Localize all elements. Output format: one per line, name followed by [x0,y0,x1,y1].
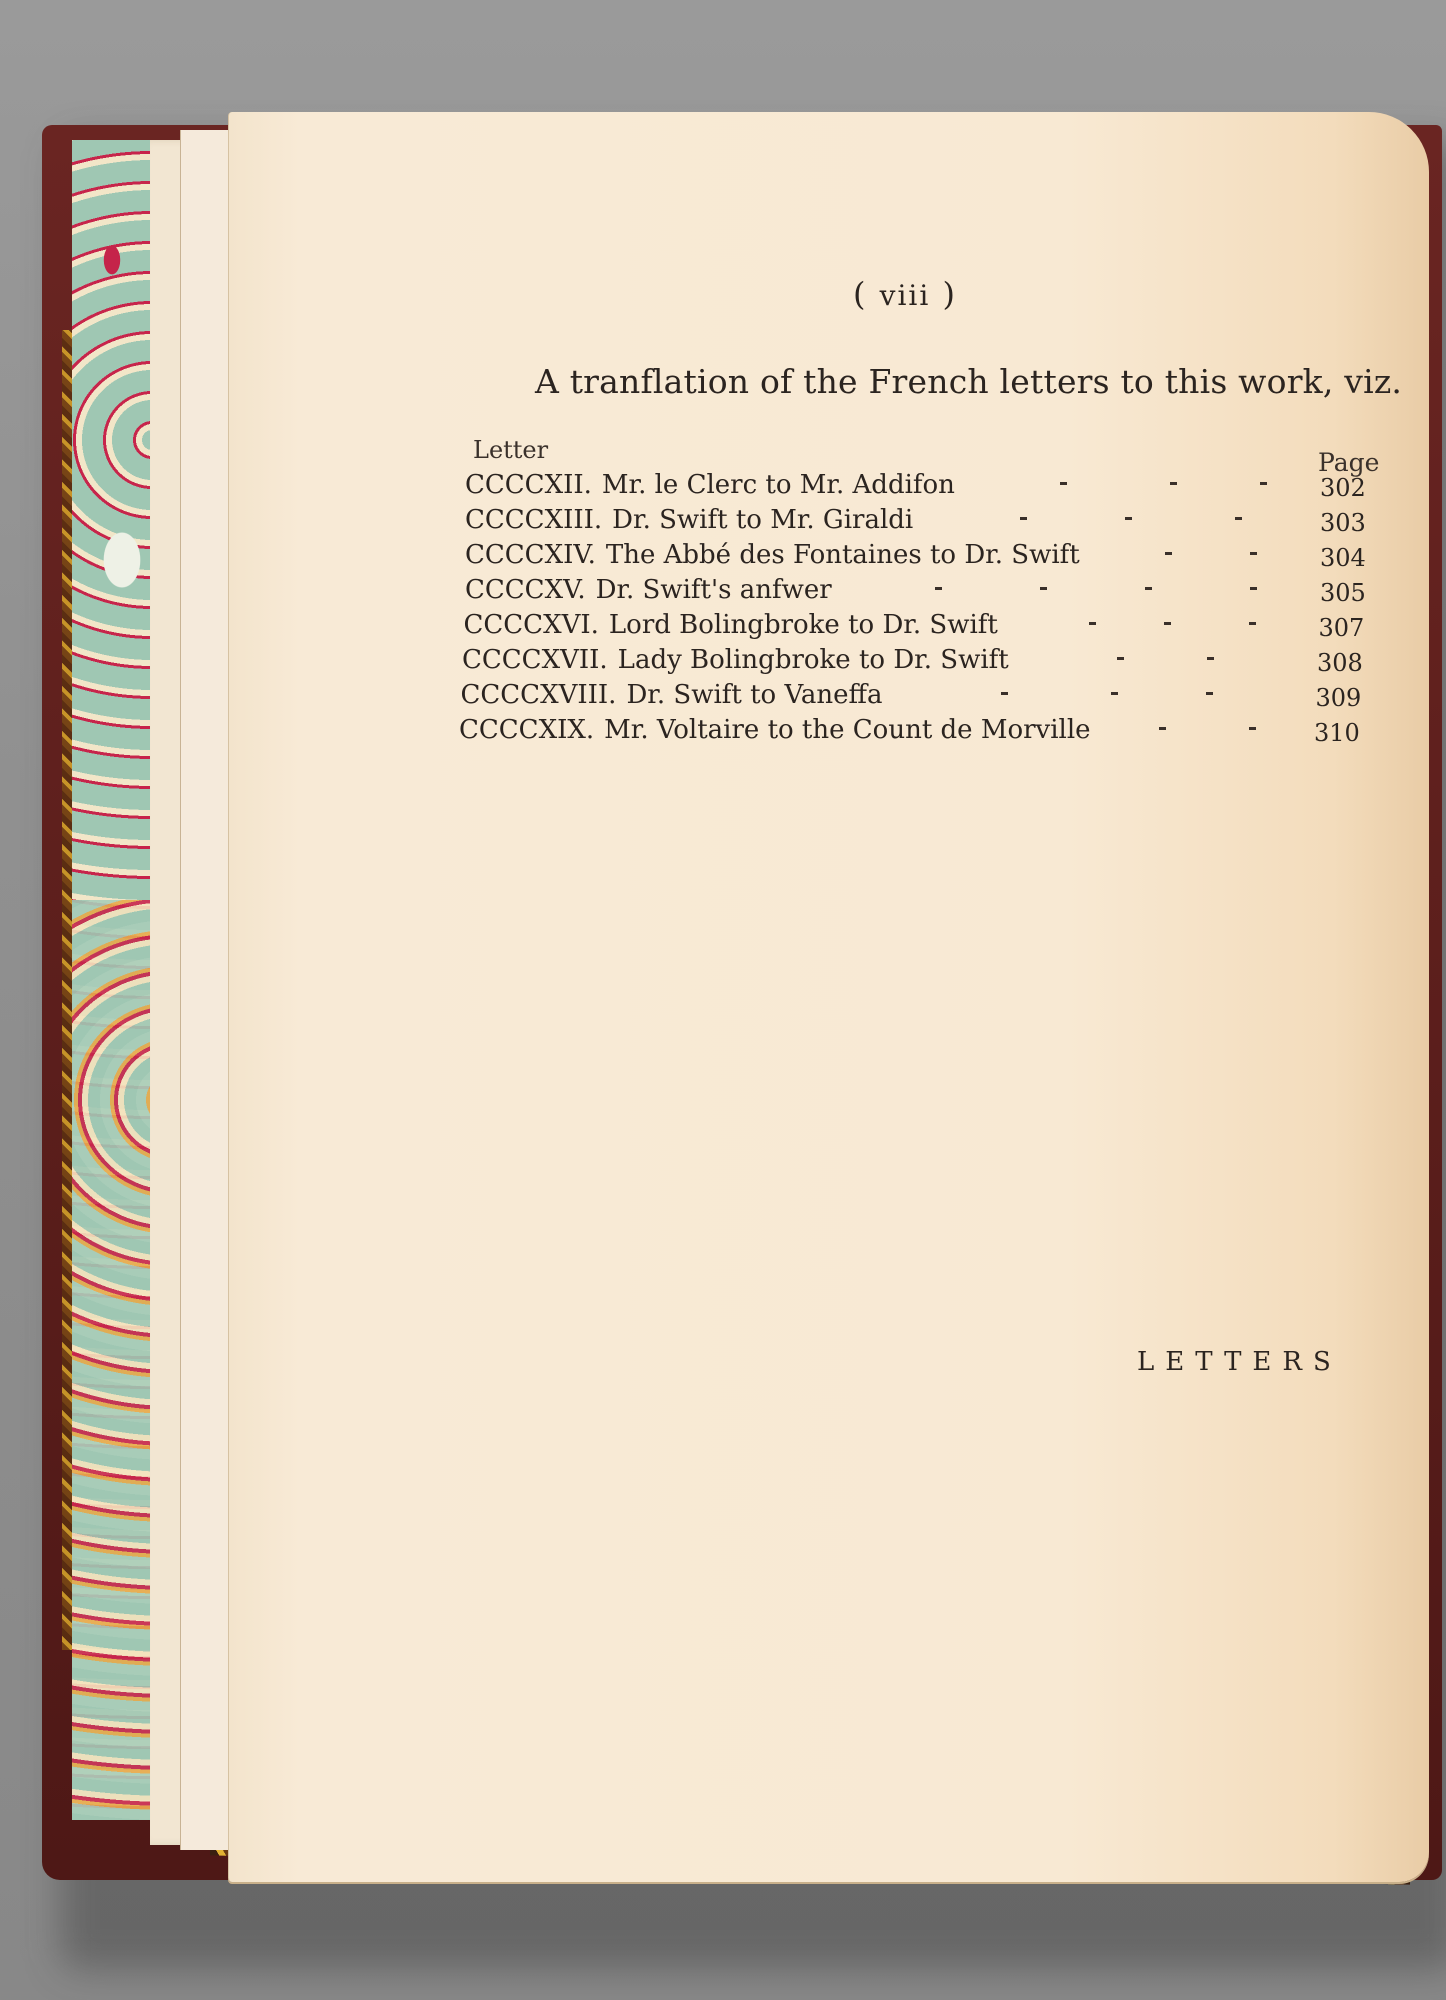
leader-dash [1159,727,1166,730]
marbled-endpaper-lower [72,900,162,1820]
leader-dash [1206,692,1213,695]
list-item: CCCCXII.Mr. le Clerc to Mr. Addifon302 [465,470,1365,505]
leader-dash [1089,622,1096,625]
leader-dash [1207,657,1214,660]
letter-number: CCCCXIV. [465,540,596,570]
catchword: LETTERS [1137,1347,1342,1377]
list-item: CCCCXVII.Lady Bolingbroke to Dr. Swift30… [462,645,1362,680]
leader-dash [935,587,942,590]
page-number: ( viii ) [853,275,957,313]
leader-dash [1250,587,1257,590]
letter-number: CCCCXVI. [464,610,599,640]
letter-number: CCCCXVIII. [461,680,617,710]
letter-description: Mr. Voltaire to the Count de Morville [604,715,1090,745]
leader-dash [1001,692,1008,695]
leader-dash [1260,482,1267,485]
letter-number: CCCCXVII. [462,645,608,675]
list-item: CCCCXIX.Mr. Voltaire to the Count de Mor… [459,715,1359,750]
leader-dash [1235,517,1242,520]
leader-dash [1145,587,1152,590]
leader-dash [1111,692,1118,695]
leader-dash [1250,552,1257,555]
page-number-value: viii [880,279,931,312]
letter-description: Dr. Swift to Mr. Giraldi [612,505,913,535]
page-reference: 308 [1317,649,1363,677]
letter-description: Mr. le Clerc to Mr. Addifon [602,470,955,500]
letter-description: Dr. Swift's anfwer [596,575,832,605]
leader-dash [1040,587,1047,590]
letter-number: CCCCXIII. [465,505,602,535]
column-header-letter: Letter [473,436,548,464]
list-item: CCCCXVI.Lord Bolingbroke to Dr. Swift307 [464,610,1364,645]
leader-dash [1117,657,1124,660]
list-item: CCCCXV.Dr. Swift's anfwer305 [465,575,1365,610]
list-item: CCCCXVIII.Dr. Swift to Vaneffa309 [461,680,1361,715]
leader-dash [1249,622,1256,625]
page-reference: 307 [1319,614,1365,642]
leader-dash [1249,727,1256,730]
letter-number: CCCCXIX. [459,715,594,745]
leader-dash [1170,482,1177,485]
page-reference: 303 [1320,509,1366,537]
letter-description: Dr. Swift to Vaneffa [626,680,882,710]
letters-list: CCCCXII.Mr. le Clerc to Mr. Addifon302CC… [465,470,1365,750]
page-title: A tranflation of the French letters to t… [535,362,1402,401]
leader-dash [1020,517,1027,520]
page-reference: 302 [1320,474,1366,502]
letter-description: Lord Bolingbroke to Dr. Swift [609,610,998,640]
page-reference: 310 [1314,719,1360,747]
page-reference: 304 [1320,544,1366,572]
leader-dash [1164,622,1171,625]
letter-number: CCCCXV. [465,575,586,605]
page-reference: 309 [1316,684,1362,712]
page-reference: 305 [1320,579,1366,607]
letter-description: Lady Bolingbroke to Dr. Swift [618,645,1009,675]
letter-description: The Abbé des Fontaines to Dr. Swift [606,540,1080,570]
leader-dash [1060,482,1067,485]
leader-dash [1125,517,1132,520]
letter-number: CCCCXII. [465,470,592,500]
leader-dash [1165,552,1172,555]
list-item: CCCCXIII.Dr. Swift to Mr. Giraldi303 [465,505,1365,540]
list-item: CCCCXIV.The Abbé des Fontaines to Dr. Sw… [465,540,1365,575]
